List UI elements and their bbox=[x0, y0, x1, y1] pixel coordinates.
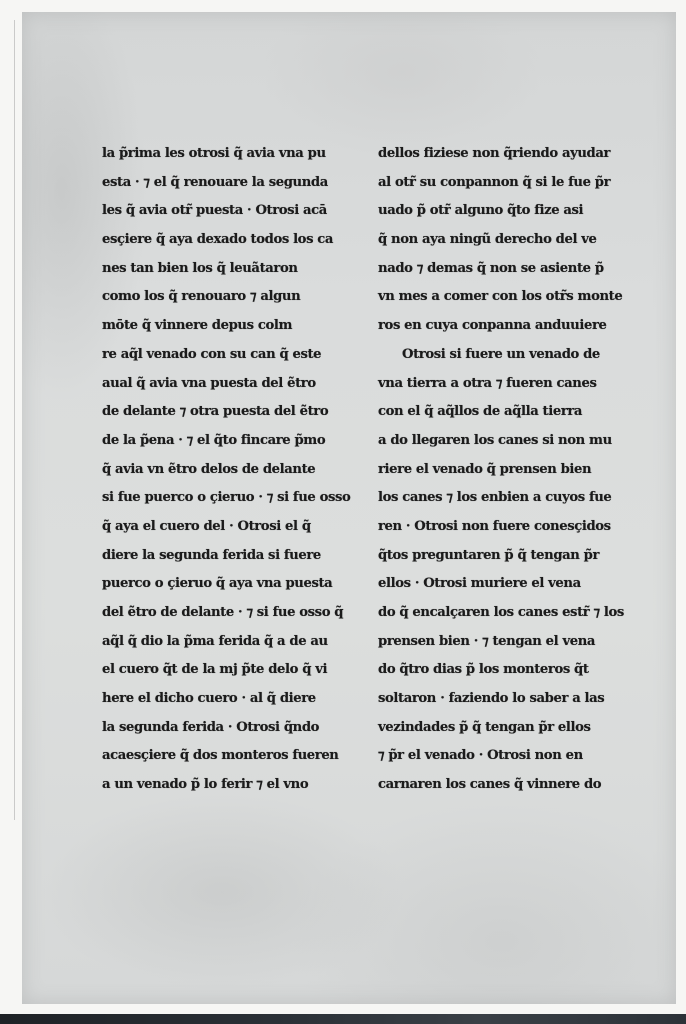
text-line: dellos fiziese non q̃riendo ayudar bbox=[378, 141, 610, 168]
text-line: vezindades p̃ q̃ tengan p̃r ellos bbox=[378, 714, 610, 741]
text-line: acaesçiere q̃ dos monteros fueren bbox=[102, 743, 324, 770]
text-line: los canes ⁊ los enbien a cuyos fue bbox=[378, 485, 610, 512]
scanner-edge-band bbox=[0, 1014, 686, 1024]
text-line: vn mes a comer con los otr̃s monte bbox=[378, 284, 610, 311]
text-line: aual q̃ avia vna puesta del ẽtro bbox=[102, 370, 324, 397]
text-line: riere el venado q̃ prensen bien bbox=[378, 456, 610, 483]
text-line: here el dicho cuero · al q̃ diere bbox=[102, 686, 324, 713]
text-line: do q̃ encalçaren los canes estr̃ ⁊ los bbox=[378, 600, 610, 627]
text-line: aq̃l q̃ dio la p̃ma ferida q̃ a de au bbox=[102, 628, 324, 655]
text-line: les q̃ avia otr̃ puesta · Otrosi acā bbox=[102, 198, 324, 225]
text-line: ros en cuya conpanna anduuiere bbox=[378, 313, 610, 340]
text-line: re aq̃l venado con su can q̃ este bbox=[102, 342, 324, 369]
text-line: ren · Otrosi non fuere conesçidos bbox=[378, 514, 610, 541]
print-edge-mark bbox=[14, 20, 15, 820]
text-line: mōte q̃ vinnere depus colm bbox=[102, 313, 324, 340]
text-line: q̃ non aya ningũ derecho del ve bbox=[378, 227, 610, 254]
text-line: de la p̃ena · ⁊ el q̃to fincare p̃mo bbox=[102, 428, 324, 455]
text-line: de delante ⁊ otra puesta del ẽtro bbox=[102, 399, 324, 426]
text-line: do q̃tro dias p̃ los monteros q̃t bbox=[378, 657, 610, 684]
text-line: si fue puerco o çieruo · ⁊ si fue osso bbox=[102, 485, 324, 512]
photo-print-border: la p̃rima les otrosi q̃ avia vna pu esta… bbox=[0, 0, 686, 1024]
left-text-column: la p̃rima les otrosi q̃ avia vna pu esta… bbox=[102, 140, 324, 800]
text-line: q̃ avia vn ẽtro delos de delante bbox=[102, 456, 324, 483]
text-line: nes tan bien los q̃ leuãtaron bbox=[102, 255, 324, 282]
text-line: vna tierra a otra ⁊ fueren canes bbox=[378, 370, 610, 397]
paragraph-start-line: Otrosi si fuere un venado de bbox=[378, 342, 610, 369]
text-line: ellos · Otrosi muriere el vena bbox=[378, 571, 610, 598]
text-line: puerco o çieruo q̃ aya vna puesta bbox=[102, 571, 324, 598]
text-line: como los q̃ renouaro ⁊ algun bbox=[102, 284, 324, 311]
text-line: con el q̃ aq̃llos de aq̃lla tierra bbox=[378, 399, 610, 426]
text-line: a un venado p̃ lo ferir ⁊ el vno bbox=[102, 772, 324, 799]
text-line: la segunda ferida · Otrosi q̃ndo bbox=[102, 714, 324, 741]
text-line: diere la segunda ferida si fuere bbox=[102, 542, 324, 569]
text-line: uado p̃ otr̃ alguno q̃to fize asi bbox=[378, 198, 610, 225]
text-line: q̃ aya el cuero del · Otrosi el q̃ bbox=[102, 514, 324, 541]
text-line: carnaren los canes q̃ vinnere do bbox=[378, 772, 610, 799]
text-line: nado ⁊ demas q̃ non se asiente p̃ bbox=[378, 255, 610, 282]
text-line: al otr̃ su conpannon q̃ si le fue p̃r bbox=[378, 169, 610, 196]
text-line: del ẽtro de delante · ⁊ si fue osso q̃ bbox=[102, 600, 324, 627]
text-line: la p̃rima les otrosi q̃ avia vna pu bbox=[102, 141, 324, 168]
text-line: el cuero q̃t de la mj p̃te delo q̃ vi bbox=[102, 657, 324, 684]
text-line: prensen bien · ⁊ tengan el vena bbox=[378, 628, 610, 655]
text-line: esta · ⁊ el q̃ renouare la segunda bbox=[102, 169, 324, 196]
text-line: soltaron · faziendo lo saber a las bbox=[378, 686, 610, 713]
text-line: ⁊ p̃r el venado · Otrosi non en bbox=[378, 743, 610, 770]
text-line: esçiere q̃ aya dexado todos los ca bbox=[102, 227, 324, 254]
text-line: q̃tos preguntaren p̃ q̃ tengan p̃r bbox=[378, 542, 610, 569]
text-line: a do llegaren los canes si non mu bbox=[378, 428, 610, 455]
right-text-column: dellos fiziese non q̃riendo ayudar al ot… bbox=[378, 140, 610, 800]
